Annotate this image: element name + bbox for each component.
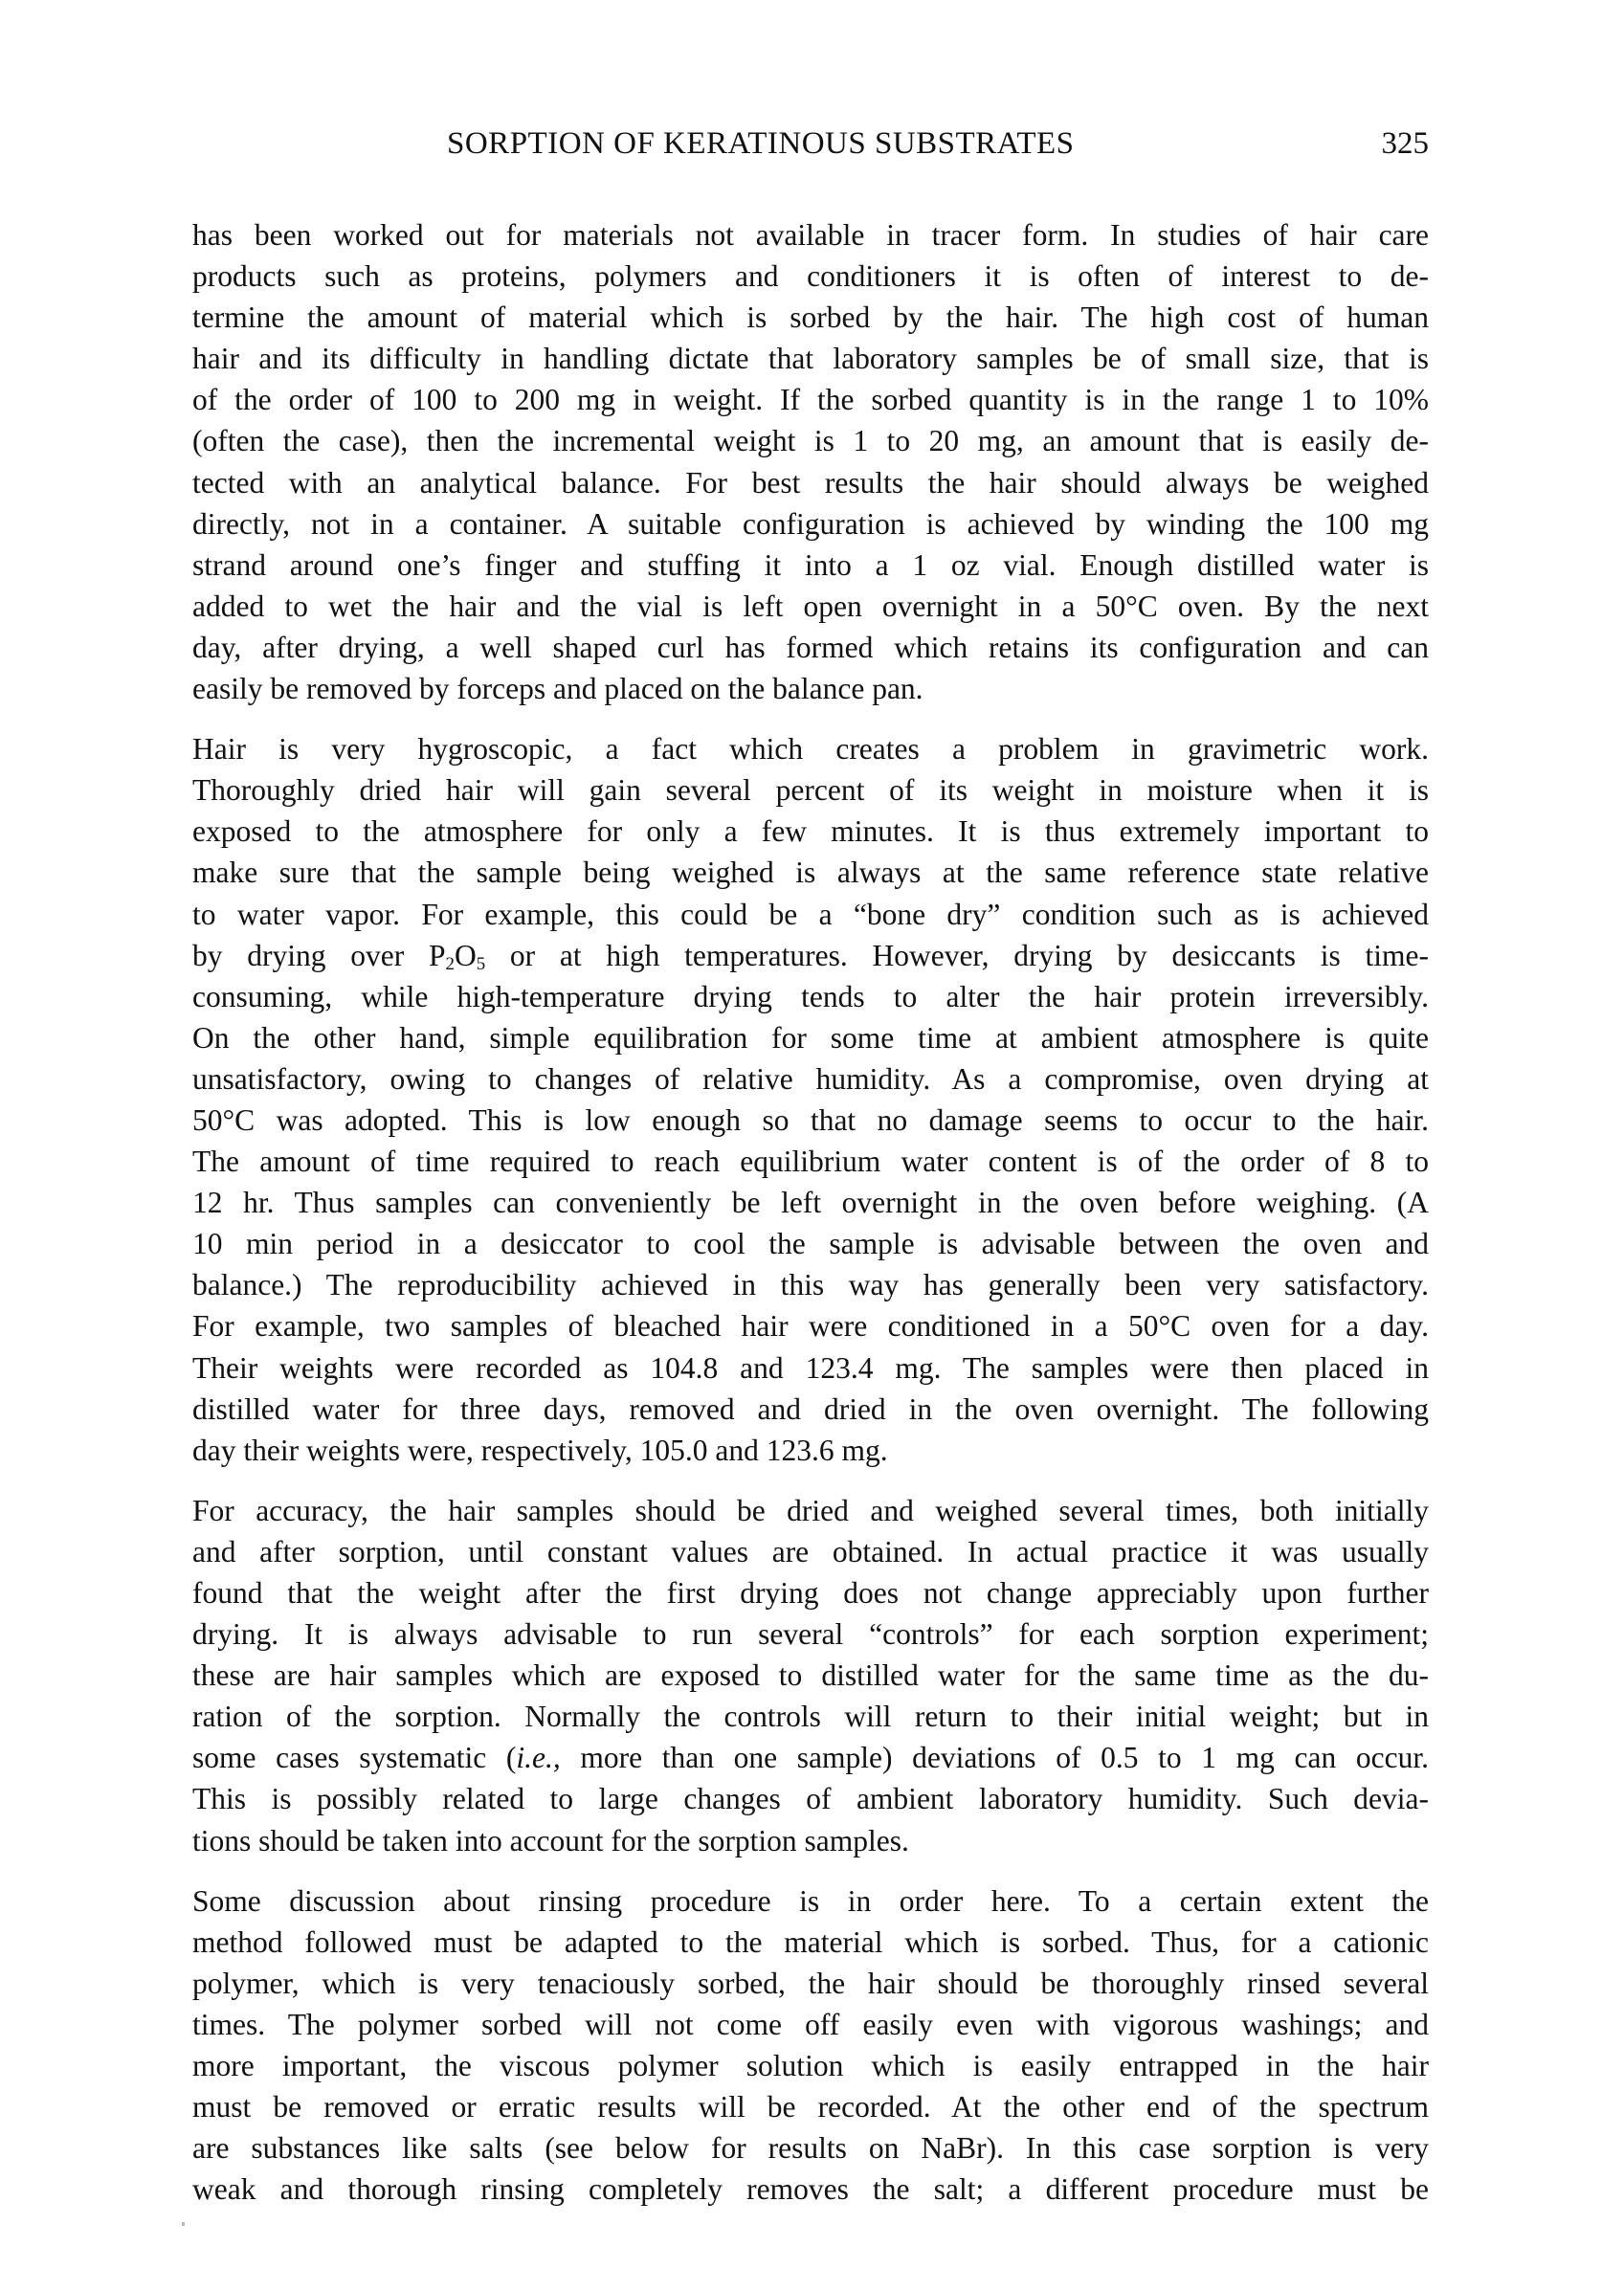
text-line: This is possibly related to large change… <box>192 1778 1429 1819</box>
text-line: has been worked out for materials not av… <box>192 214 1429 256</box>
text-line: these are hair samples which are exposed… <box>192 1655 1429 1696</box>
paragraph-hygroscopic: Hair is very hygroscopic, a fact which c… <box>192 728 1429 1471</box>
text-line: must be removed or erratic results will … <box>192 2086 1429 2127</box>
paragraph-accuracy: For accuracy, the hair samples should be… <box>192 1490 1429 1861</box>
text-fragment: by drying over P <box>192 939 446 972</box>
text-fragment: O <box>455 939 477 972</box>
text-line: On the other hand, simple equilibration … <box>192 1017 1429 1058</box>
text-line: polymer, which is very tenaciously sorbe… <box>192 1963 1429 2004</box>
paragraph-rinsing: Some discussion about rinsing procedure … <box>192 1880 1429 2211</box>
text-line: 10 min period in a desiccator to cool th… <box>192 1223 1429 1264</box>
text-line: day, after drying, a well shaped curl ha… <box>192 627 1429 668</box>
text-line: ration of the sorption. Normally the con… <box>192 1696 1429 1737</box>
subscript: 2 <box>446 954 455 974</box>
subscript: 5 <box>477 954 485 974</box>
text-line: directly, not in a container. A suitable… <box>192 503 1429 545</box>
text-line: are substances like salts (see below for… <box>192 2127 1429 2169</box>
text-line: and after sorption, until constant value… <box>192 1531 1429 1572</box>
text-line: tions should be taken into account for t… <box>192 1820 1429 1861</box>
running-head: SORPTION OF KERATINOUS SUBSTRATES 325 <box>192 122 1429 170</box>
text-line: 50°C was adopted. This is low enough so … <box>192 1100 1429 1141</box>
text-fragment: or at high temperatures. However, drying… <box>485 939 1429 972</box>
text-line: hair and its difficulty in handling dict… <box>192 338 1429 379</box>
page-number: 325 <box>1382 122 1430 165</box>
text-line: Some discussion about rinsing procedure … <box>192 1880 1429 1922</box>
text-line-p2o5: by drying over P2O5 or at high temperatu… <box>192 935 1429 976</box>
text-line: to water vapor. For example, this could … <box>192 894 1429 935</box>
body-text: has been worked out for materials not av… <box>192 214 1429 2229</box>
text-line: (often the case), then the incremental w… <box>192 420 1429 461</box>
text-line: added to wet the hair and the vial is le… <box>192 586 1429 627</box>
text-line: method followed must be adapted to the m… <box>192 1922 1429 1963</box>
text-line: distilled water for three days, removed … <box>192 1389 1429 1430</box>
text-line: found that the weight after the first dr… <box>192 1572 1429 1613</box>
text-line: Hair is very hygroscopic, a fact which c… <box>192 728 1429 769</box>
text-line: strand around one’s finger and stuffing … <box>192 545 1429 586</box>
text-line: day their weights were, respectively, 10… <box>192 1430 1429 1471</box>
text-line: tected with an analytical balance. For b… <box>192 462 1429 503</box>
text-line: weak and thorough rinsing completely rem… <box>192 2169 1429 2210</box>
text-fragment: more than one sample) deviations of 0.5 … <box>561 1741 1429 1774</box>
italic-abbreviation: i.e., <box>516 1741 560 1774</box>
text-line: exposed to the atmosphere for only a few… <box>192 811 1429 852</box>
text-line: 12 hr. Thus samples can conveniently be … <box>192 1182 1429 1223</box>
text-line: more important, the viscous polymer solu… <box>192 2045 1429 2086</box>
text-line: make sure that the sample being weighed … <box>192 852 1429 893</box>
text-line: times. The polymer sorbed will not come … <box>192 2004 1429 2045</box>
text-line: For accuracy, the hair samples should be… <box>192 1490 1429 1531</box>
text-line: drying. It is always advisable to run se… <box>192 1613 1429 1655</box>
paragraph-sample-preparation: has been worked out for materials not av… <box>192 214 1429 709</box>
text-line: balance.) The reproducibility achieved i… <box>192 1264 1429 1305</box>
text-fragment: some cases systematic ( <box>192 1741 516 1774</box>
scan-speck <box>182 2222 185 2226</box>
text-line: consuming, while high-temperature drying… <box>192 976 1429 1017</box>
text-line-ie: some cases systematic (i.e., more than o… <box>192 1737 1429 1778</box>
text-line: easily be removed by forceps and placed … <box>192 668 1429 709</box>
text-line: products such as proteins, polymers and … <box>192 256 1429 297</box>
text-line: unsatisfactory, owing to changes of rela… <box>192 1058 1429 1100</box>
text-line: Thoroughly dried hair will gain several … <box>192 769 1429 811</box>
text-line: of the order of 100 to 200 mg in weight.… <box>192 379 1429 420</box>
running-head-title: SORPTION OF KERATINOUS SUBSTRATES <box>447 122 1075 165</box>
text-line: termine the amount of material which is … <box>192 297 1429 338</box>
text-line: Their weights were recorded as 104.8 and… <box>192 1347 1429 1389</box>
text-line: For example, two samples of bleached hai… <box>192 1305 1429 1346</box>
text-line: The amount of time required to reach equ… <box>192 1141 1429 1182</box>
